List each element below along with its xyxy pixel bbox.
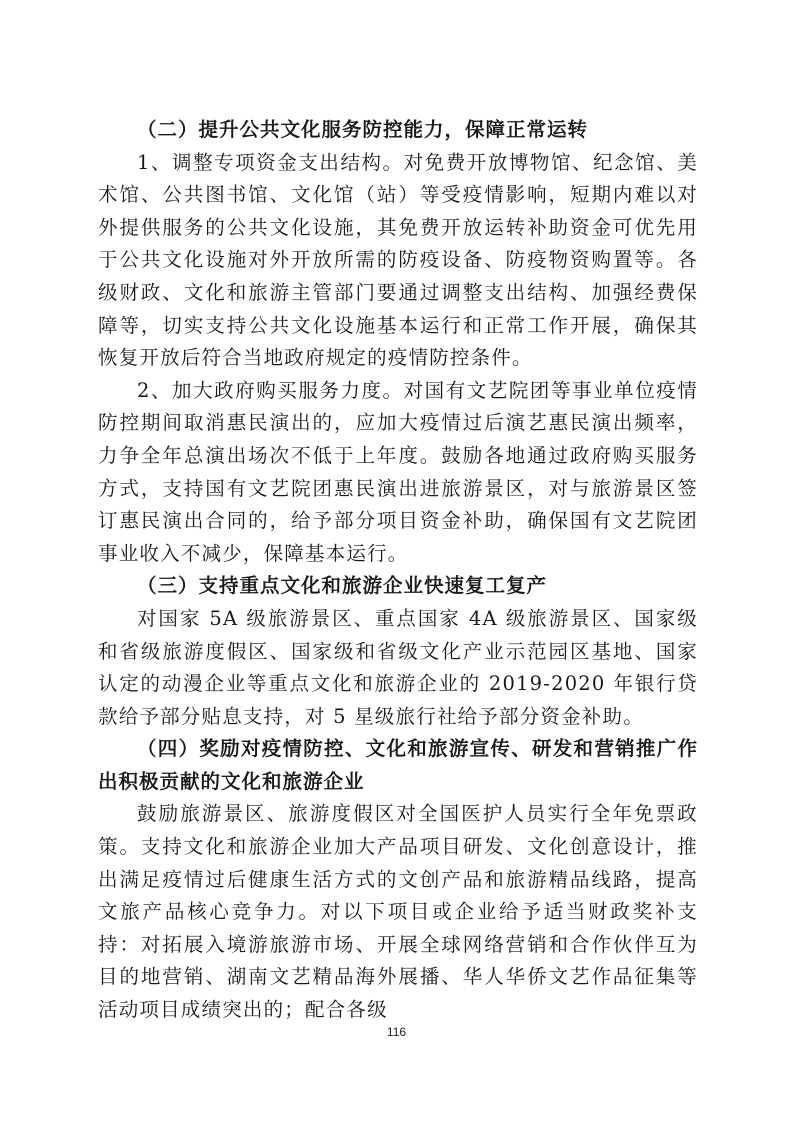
paragraph-4-1: 鼓励旅游景区、旅游度假区对全国医护人员实行全年免票政策。支持文化和旅游企业加大产… xyxy=(98,798,698,1026)
paragraph-3-1: 对国家 5A 级旅游景区、重点国家 4A 级旅游景区、国家级和省级旅游度假区、国… xyxy=(98,603,698,733)
section-heading-2: （二）提升公共文化服务防控能力，保障正常运转 xyxy=(98,114,698,147)
section-heading-3: （三）支持重点文化和旅游企业快速复工复产 xyxy=(98,570,698,603)
document-page: （二）提升公共文化服务防控能力，保障正常运转 1、调整专项资金支出结构。对免费开… xyxy=(0,0,793,1121)
document-body: （二）提升公共文化服务防控能力，保障正常运转 1、调整专项资金支出结构。对免费开… xyxy=(98,114,698,1027)
paragraph-2-1: 1、调整专项资金支出结构。对免费开放博物馆、纪念馆、美术馆、公共图书馆、文化馆（… xyxy=(98,147,698,375)
paragraph-2-2: 2、加大政府购买服务力度。对国有文艺院团等事业单位疫情防控期间取消惠民演出的，应… xyxy=(98,375,698,571)
page-number: 116 xyxy=(0,1025,793,1039)
section-heading-4: （四）奖励对疫情防控、文化和旅游宣传、研发和营销推广作出积极贡献的文化和旅游企业 xyxy=(98,733,698,798)
